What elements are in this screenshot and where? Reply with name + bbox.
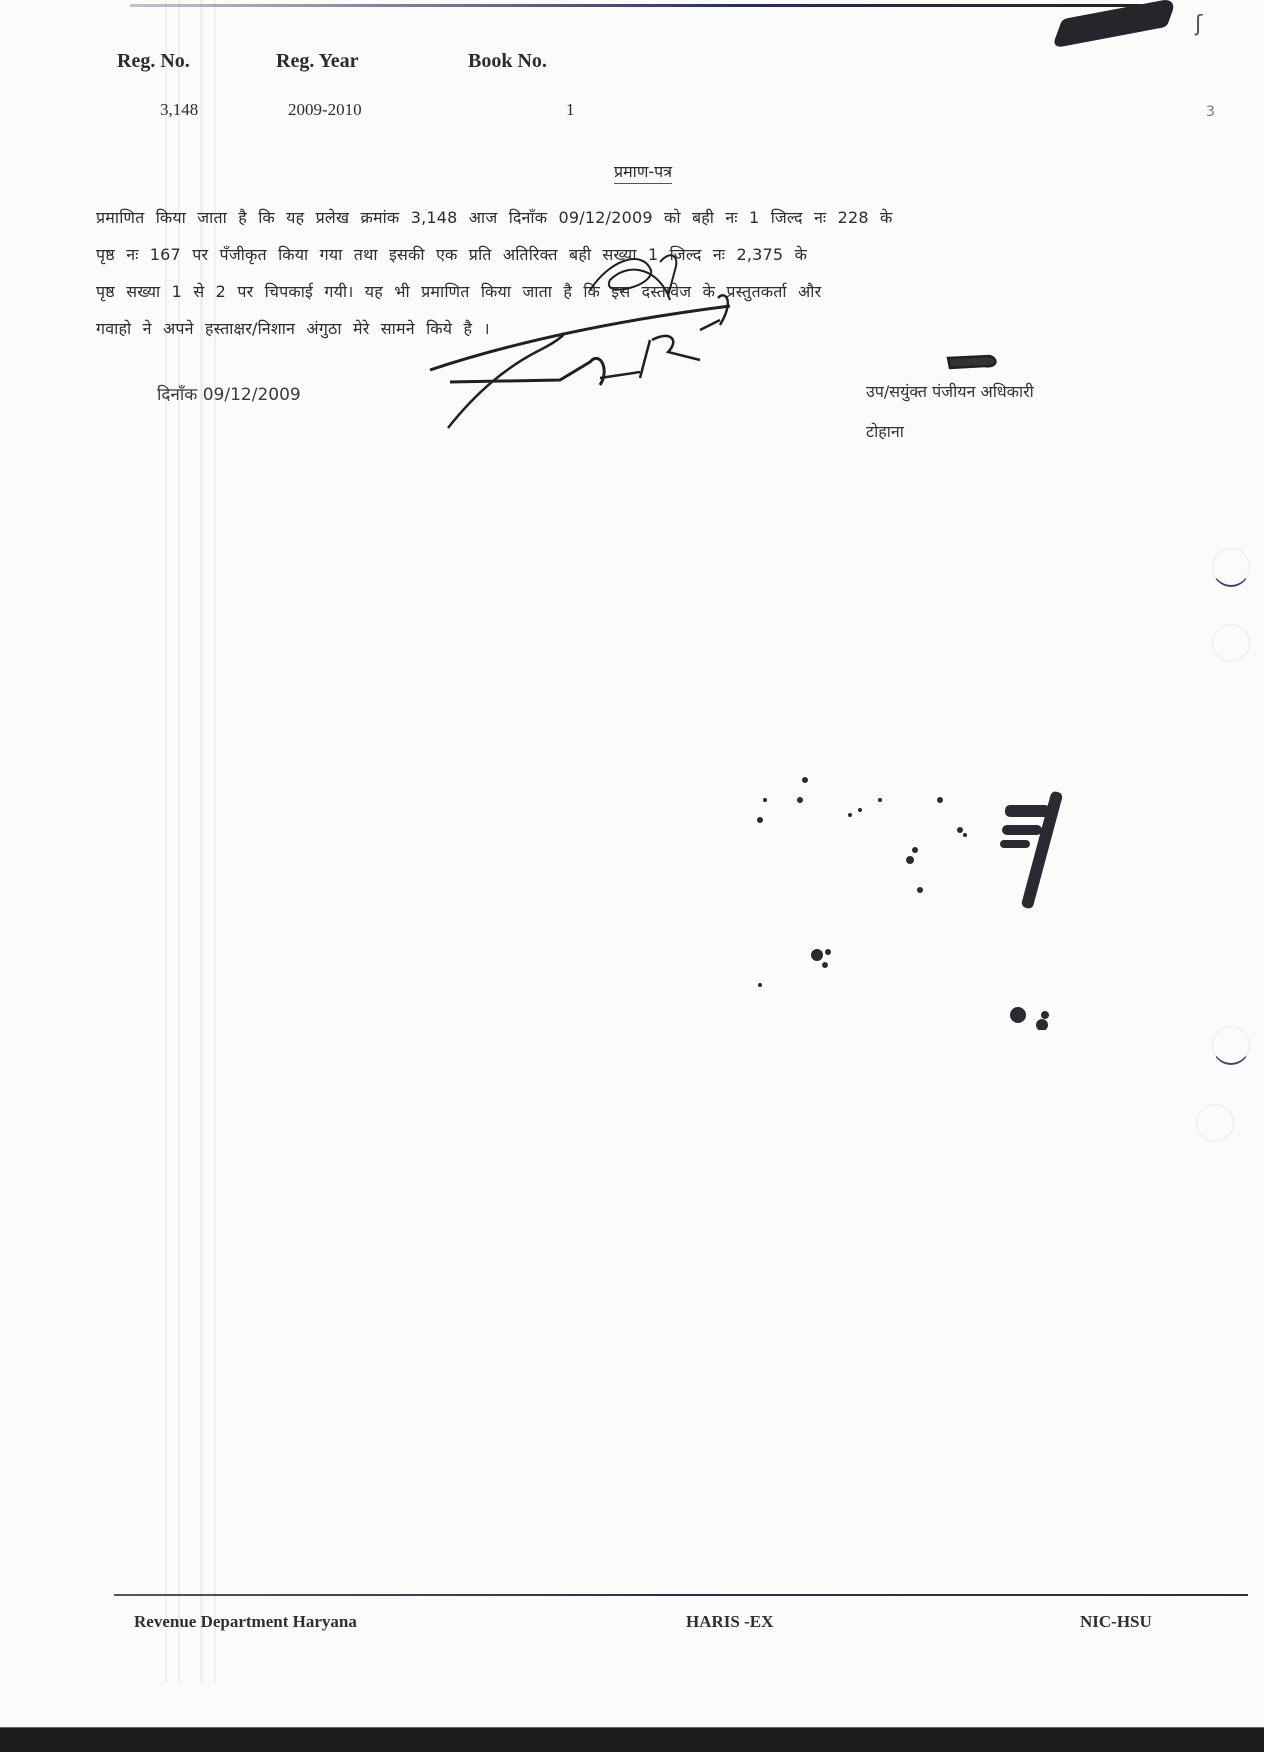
footer-department: Revenue Department Haryana: [134, 1612, 357, 1632]
officer-title: उप/सयुंक्त पंजीयन अधिकारी: [866, 380, 1034, 402]
footer-rule: [114, 1594, 1248, 1596]
scanned-document-page: ʃ 3 Reg. No. Reg. Year Book No. 3,148 20…: [0, 0, 1264, 1752]
punch-hole: [1196, 1104, 1234, 1142]
date-value: 09/12/2009: [203, 385, 301, 405]
punch-hole: [1212, 1026, 1250, 1065]
footer-nic: NIC-HSU: [1080, 1612, 1152, 1632]
punch-hole: [1212, 624, 1250, 662]
thumbprint-stamp: [720, 760, 1070, 1030]
office-place: टोहाना: [866, 420, 904, 442]
scanner-bottom-edge: [0, 1727, 1264, 1752]
date-label: दिनाँक: [157, 385, 197, 405]
punch-hole: [1212, 548, 1250, 587]
certificate-date: दिनाँक 09/12/2009: [157, 382, 301, 405]
footer-system: HARIS -EX: [686, 1612, 773, 1632]
